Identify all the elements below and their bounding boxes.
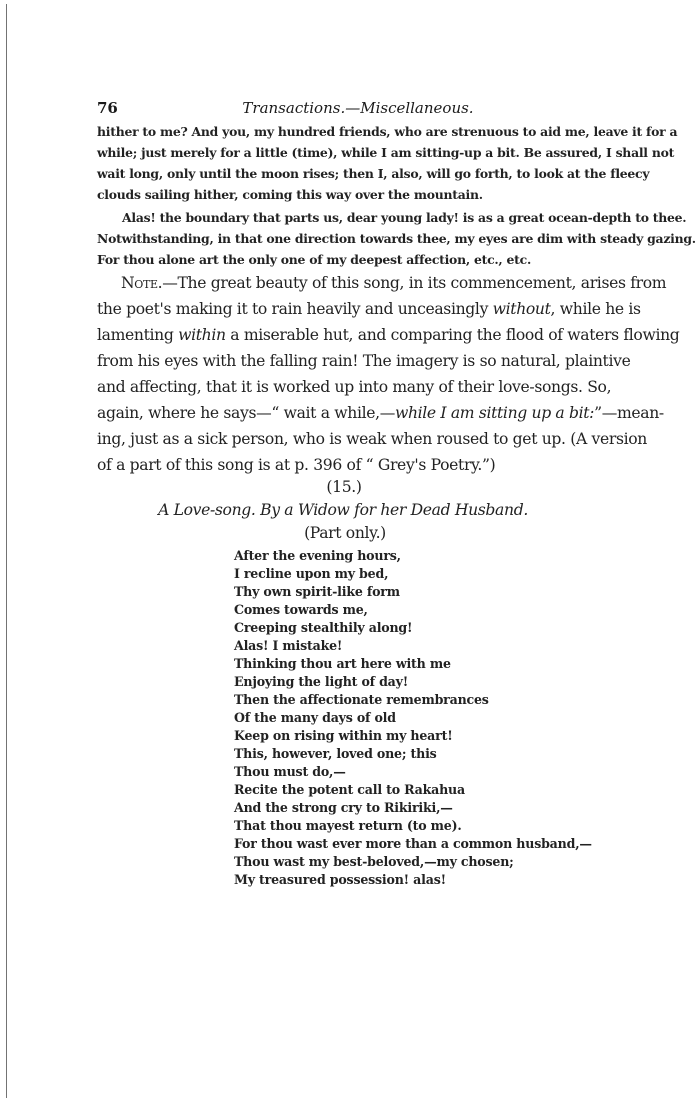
note1-line-3: lamenting within a miserable hut, and co… <box>97 326 606 344</box>
poem-line: Thou wast my best-beloved,—my chosen; <box>234 854 514 869</box>
para2-line-3: For thou alone art the only one of my de… <box>97 252 531 267</box>
poem-line: And the strong cry to Rikiriki,— <box>234 800 453 815</box>
poem-line: Of the many days of old <box>234 710 396 725</box>
poem-line: This, however, loved one; this <box>234 746 437 761</box>
note1-line-5: and affecting, that it is worked up into… <box>97 378 606 396</box>
poem-line: My treasured possession! alas! <box>234 872 446 887</box>
running-title: Transactions.—Miscellaneous. <box>10 99 696 117</box>
note1-line-1: Note.—The great beauty of this song, in … <box>121 274 606 292</box>
poem-line: For thou wast ever more than a common hu… <box>234 836 592 851</box>
document-page: 76 Transactions.—Miscellaneous. hither t… <box>0 0 696 1100</box>
poem-line: Recite the potent call to Rakahua <box>234 782 465 797</box>
poem-line: Then the affectionate remembrances <box>234 692 489 707</box>
poem-line: Thy own spirit-like form <box>234 584 400 599</box>
para2-line-1: Alas! the boundary that parts us, dear y… <box>122 210 600 225</box>
note1-line-6: again, where he says—“ wait a while,—whi… <box>97 404 606 422</box>
para1-line-4: clouds sailing hither, coming this way o… <box>97 187 483 202</box>
page-binding-edge <box>6 4 7 1098</box>
poem-line: Thinking thou art here with me <box>234 656 451 671</box>
para1-line-2: while; just merely for a little (time), … <box>97 145 600 160</box>
poem-line: Thou must do,— <box>234 764 346 779</box>
poem-line: After the evening hours, <box>234 548 401 563</box>
poem-line: Creeping stealthily along! <box>234 620 412 635</box>
note1-line-2: the poet's making it to rain heavily and… <box>97 300 606 318</box>
note-label: Note. <box>121 274 162 292</box>
poem-line: Comes towards me, <box>234 602 368 617</box>
poem-line: I recline upon my bed, <box>234 566 388 581</box>
note1-line-8: of a part of this song is at p. 396 of “… <box>97 456 495 474</box>
poem-line: That thou mayest return (to me). <box>234 818 462 833</box>
poem-line: Enjoying the light of day! <box>234 674 408 689</box>
song15-title: A Love-song. By a Widow for her Dead Hus… <box>0 501 691 519</box>
note1-line-4: from his eyes with the falling rain! The… <box>97 352 606 370</box>
song15-number: (15.) <box>0 478 692 496</box>
song15-subtitle: (Part only.) <box>0 524 693 542</box>
poem-line: Alas! I mistake! <box>234 638 342 653</box>
poem-line: Keep on rising within my heart! <box>234 728 453 743</box>
note1-line-7: ing, just as a sick person, who is weak … <box>97 430 606 448</box>
para2-line-2: Notwithstanding, in that one direction t… <box>97 231 600 246</box>
para1-line-3: wait long, only until the moon rises; th… <box>97 166 600 181</box>
para1-line-1: hither to me? And you, my hundred friend… <box>97 124 600 139</box>
